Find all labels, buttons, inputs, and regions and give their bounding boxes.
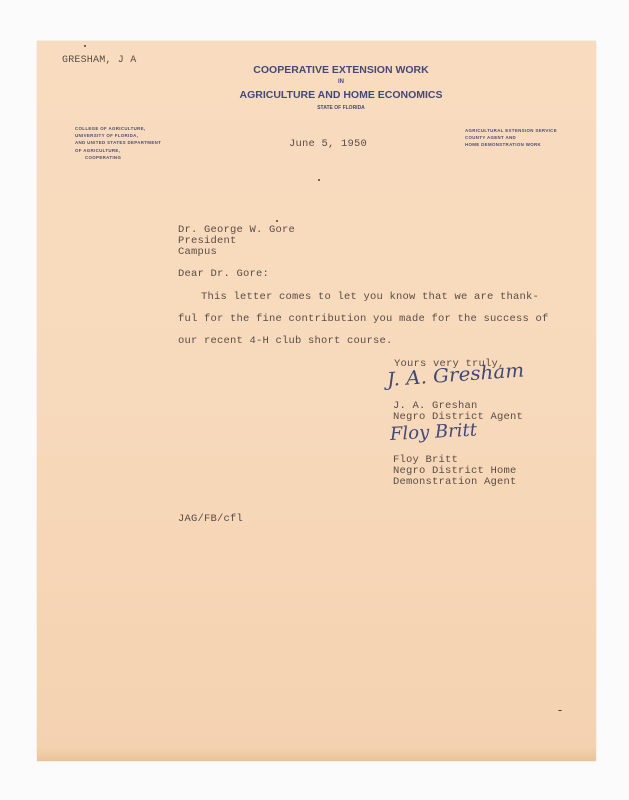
left-block-line: COOPERATING (75, 154, 161, 161)
letterhead-in: IN (176, 79, 506, 85)
signer-title: Demonstration Agent (393, 476, 517, 488)
letterhead-left-block: COLLEGE OF AGRICULTURE, UNIVERSITY OF FL… (75, 125, 161, 161)
left-block-line: UNIVERSITY OF FLORIDA, (75, 132, 161, 139)
body-line: This letter comes to let you know that w… (201, 291, 539, 303)
paper-speck (84, 45, 86, 47)
left-block-line: OF AGRICULTURE, (75, 147, 161, 154)
right-block-line: HOME DEMONSTRATION WORK (465, 141, 557, 148)
letter-date: June 5, 1950 (289, 138, 367, 150)
paper-speck (276, 220, 278, 222)
body-line: our recent 4-H club short course. (178, 335, 393, 347)
letterhead-subtitle: AGRICULTURE AND HOME ECONOMICS (176, 89, 506, 101)
letter-page: GRESHAM, J A COOPERATIVE EXTENSION WORK … (37, 41, 596, 761)
letterhead-right-block: AGRICULTURAL EXTENSION SERVICE COUNTY AG… (465, 127, 557, 149)
left-block-line: AND UNITED STATES DEPARTMENT (75, 139, 161, 146)
paper-speck (558, 710, 562, 711)
right-block-line: COUNTY AGENT AND (465, 134, 557, 141)
left-block-line: COLLEGE OF AGRICULTURE, (75, 125, 161, 132)
paper-speck (318, 179, 320, 181)
recipient-location: Campus (178, 246, 217, 258)
letterhead-title: COOPERATIVE EXTENSION WORK (176, 64, 506, 76)
file-label: GRESHAM, J A (62, 55, 136, 66)
letterhead-state: STATE OF FLORIDA (176, 105, 506, 111)
signature-britt: Floy Britt (389, 419, 477, 445)
body-line: ful for the fine contribution you made f… (178, 313, 549, 325)
right-block-line: AGRICULTURAL EXTENSION SERVICE (465, 127, 557, 134)
reference-initials: JAG/FB/cfl (178, 513, 243, 525)
salutation: Dear Dr. Gore: (178, 268, 269, 280)
